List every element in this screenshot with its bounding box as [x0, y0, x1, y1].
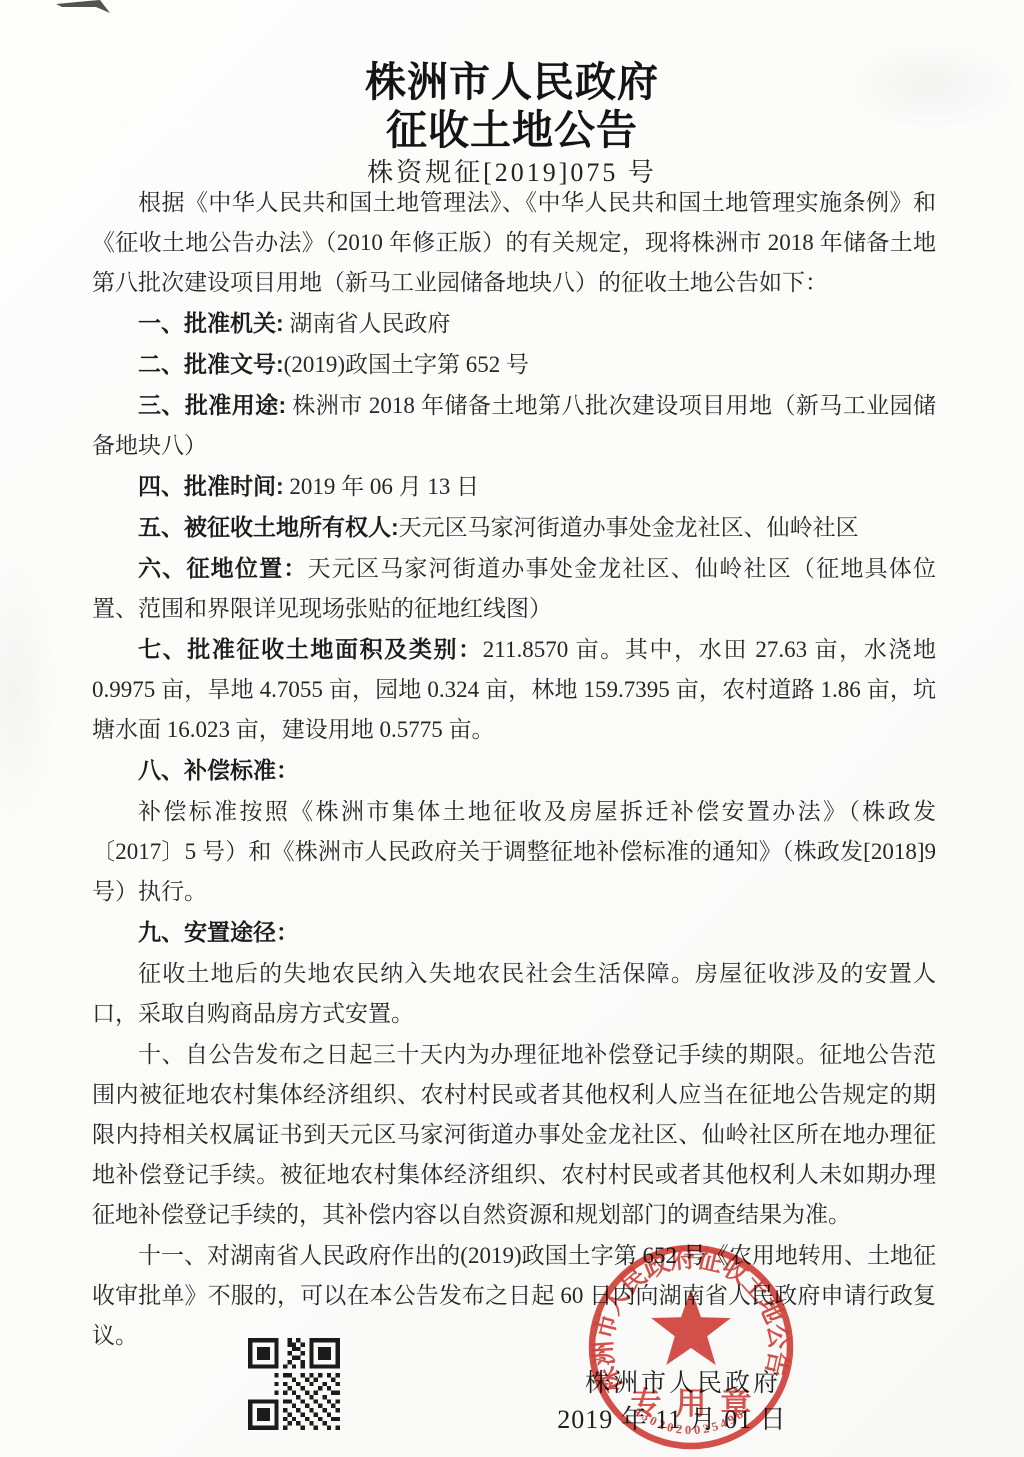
paragraph-text: 征收土地后的失地农民纳入失地农民社会生活保障。房屋征收涉及的安置人口，采取自购商…	[92, 961, 936, 1026]
paragraph-text: 湖南省人民政府	[284, 311, 451, 336]
paragraph-label: 一、批准机关:	[138, 310, 284, 336]
paragraph-registration-deadline: 十、自公告发布之日起三十天内为办理征地补偿登记手续的期限。征地公告范围内被征地农…	[92, 1034, 936, 1235]
paragraph-text: 十一、对湖南省人民政府作出的(2019)政国土字第 652 号《农用地转用、土地…	[92, 1243, 936, 1348]
paragraph-text: 十、自公告发布之日起三十天内为办理征地补偿登记手续的期限。征地公告范围内被征地农…	[92, 1042, 936, 1227]
item-approval-date: 四、批准时间: 2019 年 06 月 13 日	[92, 466, 936, 507]
paragraph-compensation-standard: 补偿标准按照《株洲市集体土地征收及房屋拆迁补偿安置办法》（株政发〔2017〕5 …	[92, 791, 936, 912]
paragraph-administrative-review: 十一、对湖南省人民政府作出的(2019)政国土字第 652 号《农用地转用、土地…	[92, 1235, 936, 1356]
paragraph-text: 补偿标准按照《株洲市集体土地征收及房屋拆迁补偿安置办法》（株政发〔2017〕5 …	[92, 799, 936, 904]
paragraph-resettlement: 征收土地后的失地农民纳入失地农民社会生活保障。房屋征收涉及的安置人口，采取自购商…	[92, 953, 936, 1034]
title-line-2: 征收土地公告	[0, 106, 1024, 154]
scan-smudge	[0, 540, 60, 840]
official-seal: 株洲市人民政府征收土地公告 专用章 4302020025498	[580, 1236, 802, 1457]
paragraph-label: 五、被征收土地所有权人:	[138, 514, 399, 540]
paragraph-label: 九、安置途径：	[138, 919, 299, 945]
item-compensation-heading: 八、补偿标准：	[92, 750, 936, 791]
item-land-area: 七、批准征收土地面积及类别：211.8570 亩。其中，水田 27.63 亩，水…	[92, 629, 936, 750]
item-land-location: 六、征地位置：天元区马家河街道办事处金龙社区、仙岭社区（征地具体位置、范围和界限…	[92, 548, 936, 629]
scan-artifact	[50, 0, 130, 18]
title-line-1: 株洲市人民政府	[0, 58, 1024, 106]
paragraph-label: 三、批准用途:	[138, 392, 286, 418]
item-approval-number: 二、批准文号:(2019)政国土字第 652 号	[92, 344, 936, 385]
paragraph-label: 二、批准文号:	[138, 351, 284, 377]
paragraph-text: 天元区马家河街道办事处金龙社区、仙岭社区	[399, 515, 859, 540]
paragraph-label: 六、征地位置：	[138, 555, 308, 581]
paragraph-text: (2019)政国土字第 652 号	[284, 352, 529, 377]
paragraph-text: 2019 年 06 月 13 日	[284, 474, 480, 499]
item-landowners: 五、被征收土地所有权人:天元区马家河街道办事处金龙社区、仙岭社区	[92, 507, 936, 548]
star-icon	[651, 1289, 731, 1365]
document-body: 根据《中华人民共和国土地管理法》、《中华人民共和国土地管理实施条例》和《征收土地…	[92, 182, 936, 1356]
item-approval-authority: 一、批准机关: 湖南省人民政府	[92, 303, 936, 344]
document-page: 株洲市人民政府 征收土地公告 株资规征[2019]075 号 根据《中华人民共和…	[0, 0, 1024, 1457]
paragraph-label: 七、批准征收土地面积及类别：	[138, 636, 483, 662]
qr-code-image	[248, 1338, 340, 1430]
paragraph-label: 四、批准时间:	[138, 473, 284, 499]
page-title: 株洲市人民政府 征收土地公告	[0, 58, 1024, 154]
paragraph-label: 八、补偿标准：	[138, 757, 299, 783]
item-approved-use: 三、批准用途: 株洲市 2018 年储备土地第八批次建设项目用地（新马工业园储备…	[92, 385, 936, 466]
paragraph-intro: 根据《中华人民共和国土地管理法》、《中华人民共和国土地管理实施条例》和《征收土地…	[92, 182, 936, 303]
paragraph-text: 根据《中华人民共和国土地管理法》、《中华人民共和国土地管理实施条例》和《征收土地…	[92, 190, 936, 295]
item-resettlement-heading: 九、安置途径：	[92, 912, 936, 953]
